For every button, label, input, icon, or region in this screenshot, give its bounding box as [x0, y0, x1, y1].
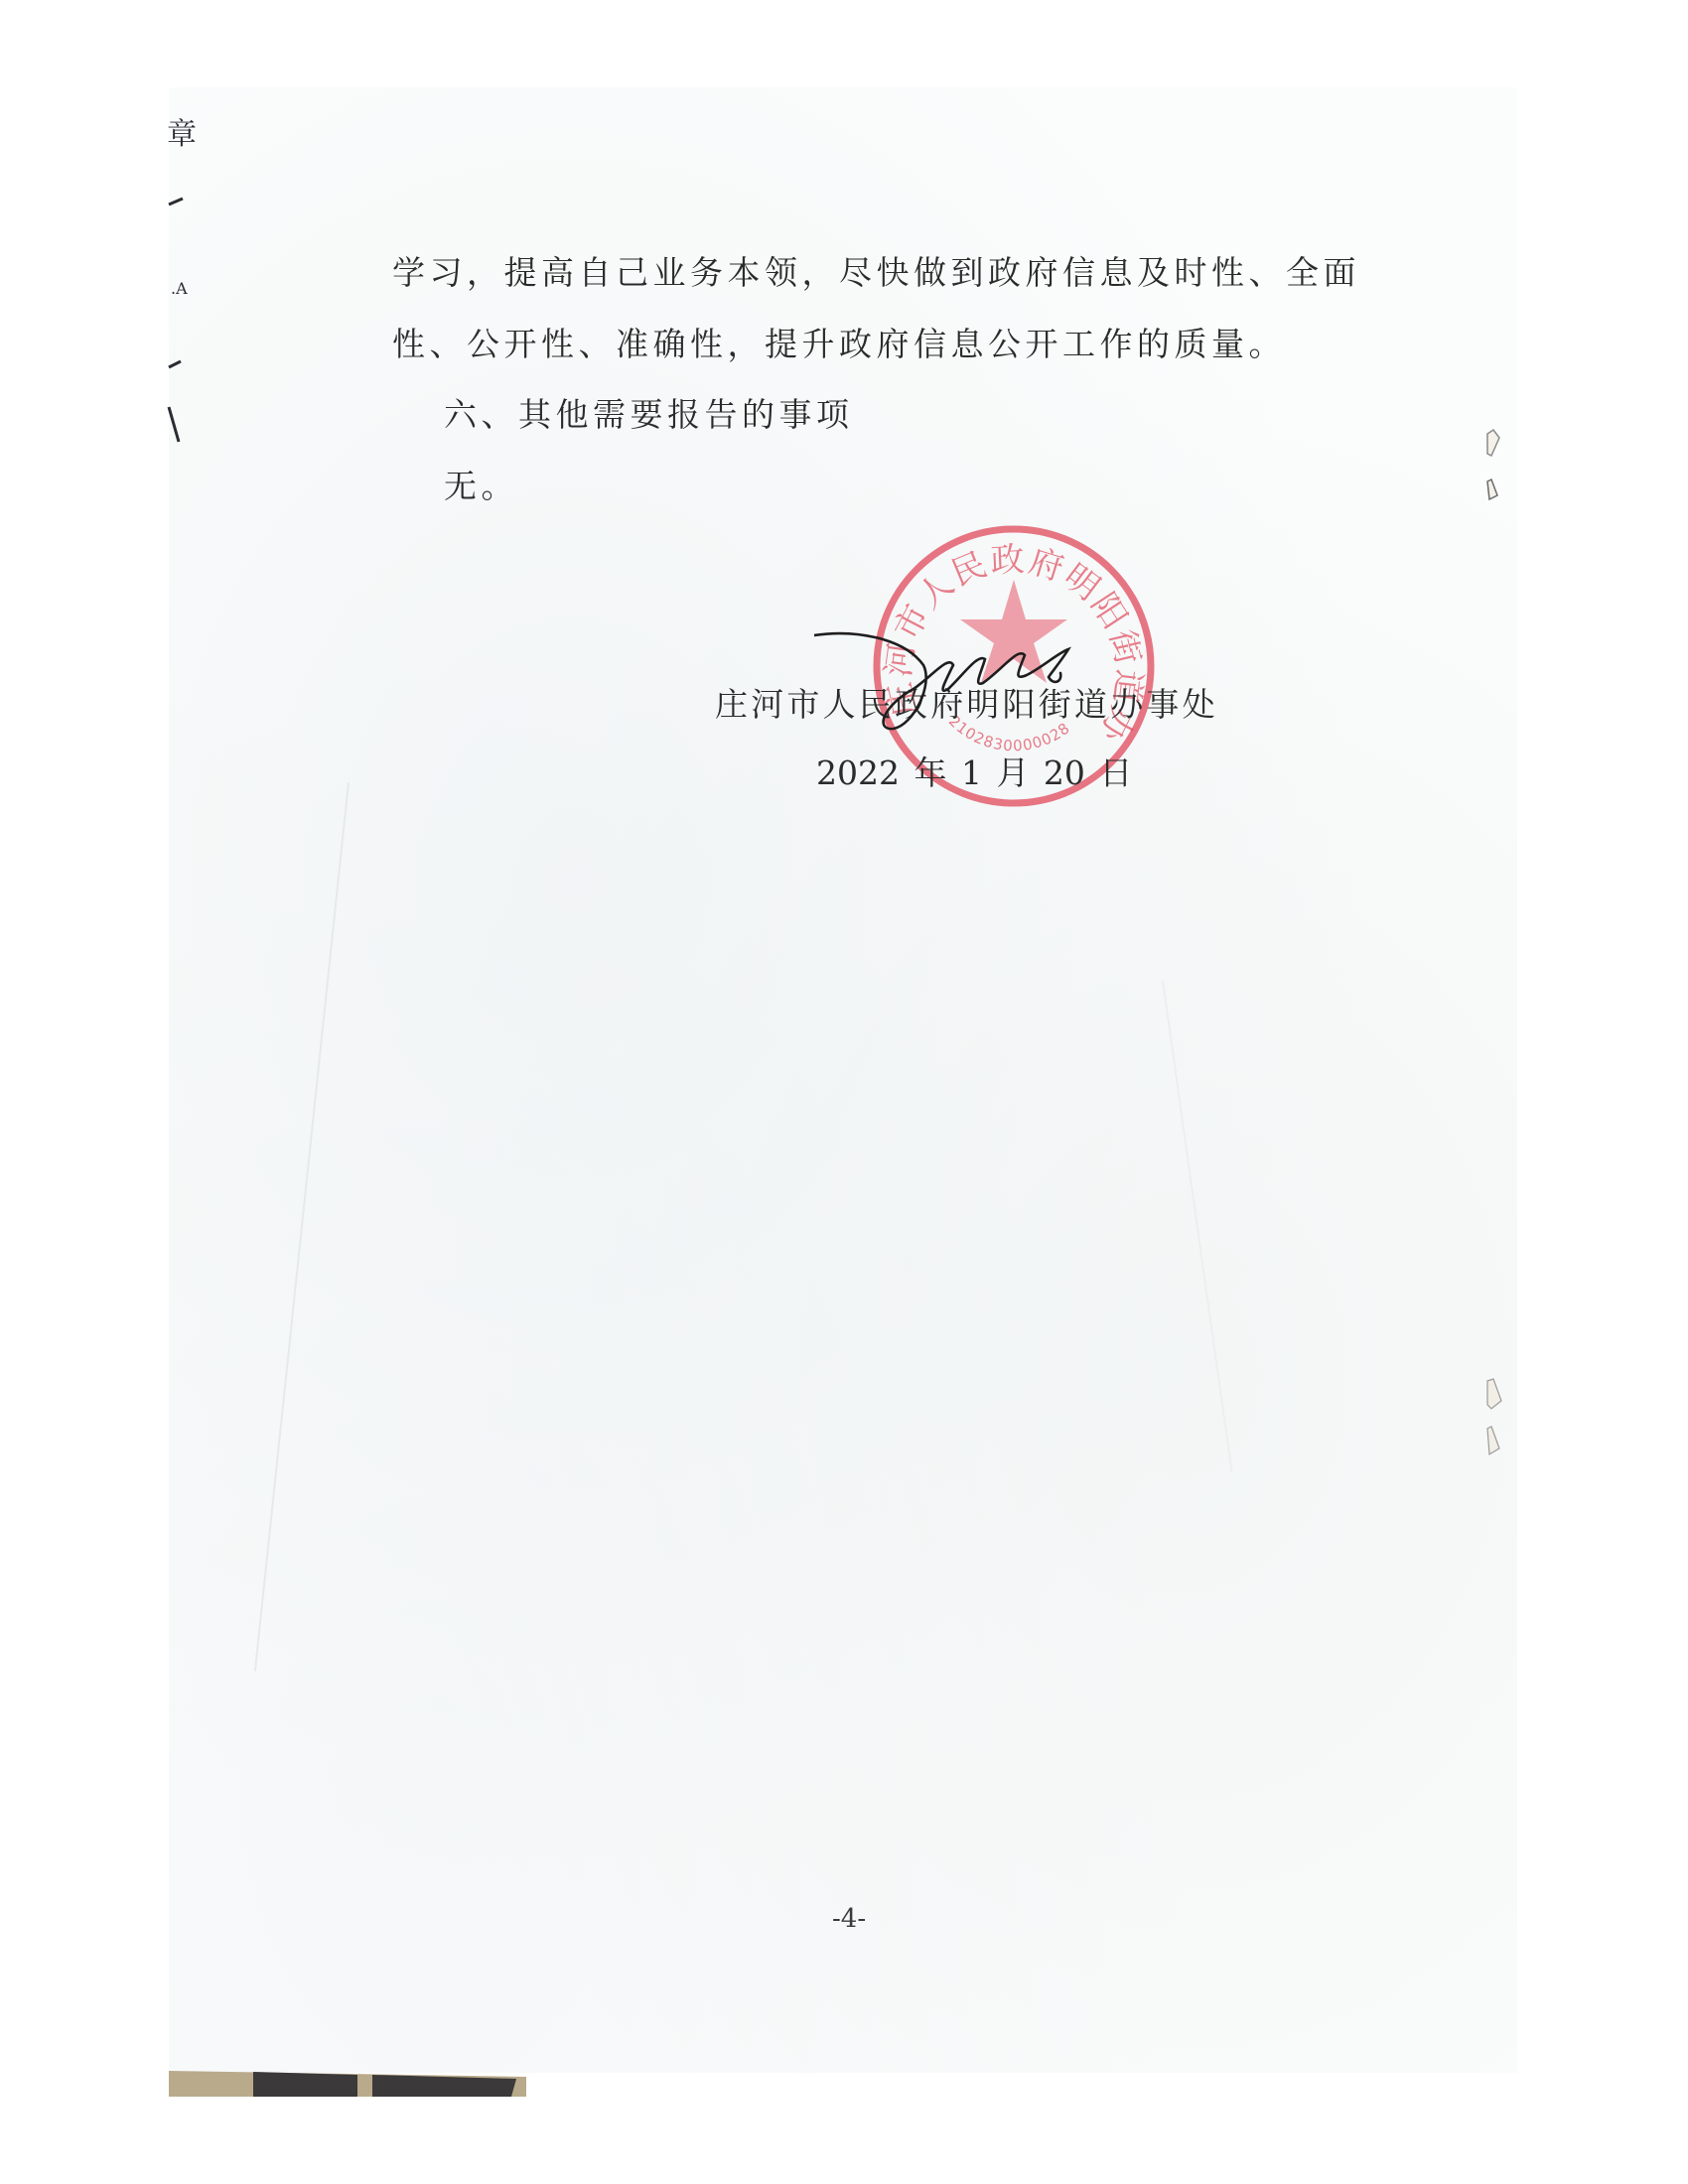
signing-organization: 庄河市人民政府明阳街道办事处: [715, 685, 1218, 725]
margin-marks: 章 .A: [149, 99, 209, 477]
body-text-line: 性、公开性、准确性，提升政府信息公开工作的质量。: [392, 325, 1286, 364]
margin-stroke-icon: .A: [149, 99, 209, 477]
svg-text:.A: .A: [171, 279, 188, 298]
staple-marks-bottom: [1479, 1375, 1519, 1494]
staple-icon: [1479, 422, 1519, 541]
signing-date: 2022 年 1 月 20 日: [816, 753, 1132, 793]
body-text-line: 学习，提高自己业务本领，尽快做到政府信息及时性、全面: [392, 253, 1360, 293]
section-body: 无。: [444, 467, 518, 506]
scan-edge-strip: [169, 2069, 526, 2097]
page-number: -4-: [832, 1904, 866, 1934]
section-heading: 六、其他需要报告的事项: [444, 395, 854, 435]
staple-marks-top: [1479, 422, 1519, 541]
staple-icon: [1479, 1375, 1519, 1494]
paper-crease: [254, 782, 350, 1671]
document-page: [169, 87, 1517, 2073]
paper-crease: [1162, 981, 1233, 1472]
